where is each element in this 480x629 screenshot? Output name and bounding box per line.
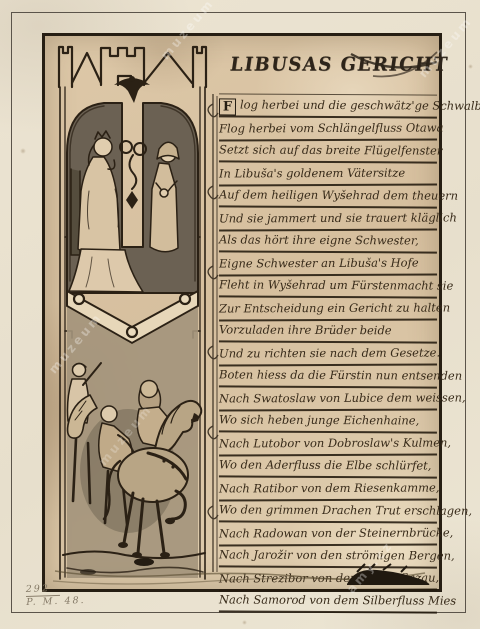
poem-line: Eigne Schwester an Libuša's Hofe (219, 252, 437, 275)
illustration-arch-scene (67, 76, 198, 293)
poem-text-column: LIBUSAS GERICHT (219, 44, 437, 586)
title-row: LIBUSAS GERICHT (219, 44, 437, 88)
paper-stain (20, 148, 26, 154)
poem-line: Wo sich heben junge Eichenhaine, (219, 409, 437, 433)
paper-stain (468, 64, 473, 69)
pencil-number: 292 (26, 583, 86, 595)
poem-lines: Flog herbei und die geschwätz'ge Schwalb… (219, 94, 437, 613)
poem-line: Als das hört ihre eigne Schwester, (219, 229, 437, 253)
poem-line: Nach Radowan von der Steinernbrücke, (219, 522, 437, 545)
poem-line: Und sie jammert und sie trauert kläglich (219, 207, 437, 230)
poem-line: Nach Swatoslaw von Lubice dem weissen, (219, 387, 437, 410)
poem-line: Auf dem heiligen Wyšehrad dem theuern (219, 184, 437, 208)
scanned-manuscript-page: LIBUSAS GERICHT (0, 0, 480, 629)
bush-blob (347, 570, 429, 585)
poem-line: Nach Ratibor von dem Riesenkamme, (219, 477, 437, 500)
artwork-paper: LIBUSAS GERICHT (42, 33, 442, 592)
margin-ornament-icon (205, 94, 219, 574)
title-flourish-icon (333, 46, 443, 88)
poem-line: In Libuša's goldenem Vätersitze (219, 162, 437, 185)
poem-line: Flog herbei vom Schlängelfluss Otawa (219, 117, 437, 140)
poem-line: Und zu richten sie nach dem Gesetze. (219, 342, 437, 365)
poem-line: Zur Entscheidung ein Gericht zu halten (219, 297, 437, 320)
poem-line: Nach Lutobor von Dobroslaw's Kulmen, (219, 432, 437, 455)
illustration-messenger-scene (63, 307, 205, 578)
poem-line-first: Flog herbei und die geschwätz'ge Schwalb… (219, 93, 437, 118)
poem-line: Wo den grimmen Drachen Trut erschlagen, (219, 499, 437, 523)
paper-stain (242, 620, 247, 625)
poem-line: Vorzuladen ihre Brüder beide (219, 319, 437, 343)
decorated-initial: F (219, 98, 236, 115)
pencil-annotation: 292 P. M. 48. (26, 583, 86, 608)
poem-line: Wo den Aderfluss die Elbe schlürfet, (219, 454, 437, 478)
poem-line: Setzt sich auf das breite Flügelfenster (219, 139, 437, 163)
ground-strip (51, 563, 433, 587)
poem-line: Fleht in Wyšehrad um Fürstenmacht sie (219, 274, 437, 298)
illustration-panel (56, 41, 209, 581)
poem-line-text: log herbei und die geschwätz'ge Schwalbe (240, 98, 480, 113)
poem-line: Boten hiess da die Fürstin nun entsenden (219, 364, 437, 388)
pencil-code: P. M. 48. (26, 596, 86, 608)
poem-line: Nach Samorod von dem Silberfluss Mies (219, 589, 437, 613)
